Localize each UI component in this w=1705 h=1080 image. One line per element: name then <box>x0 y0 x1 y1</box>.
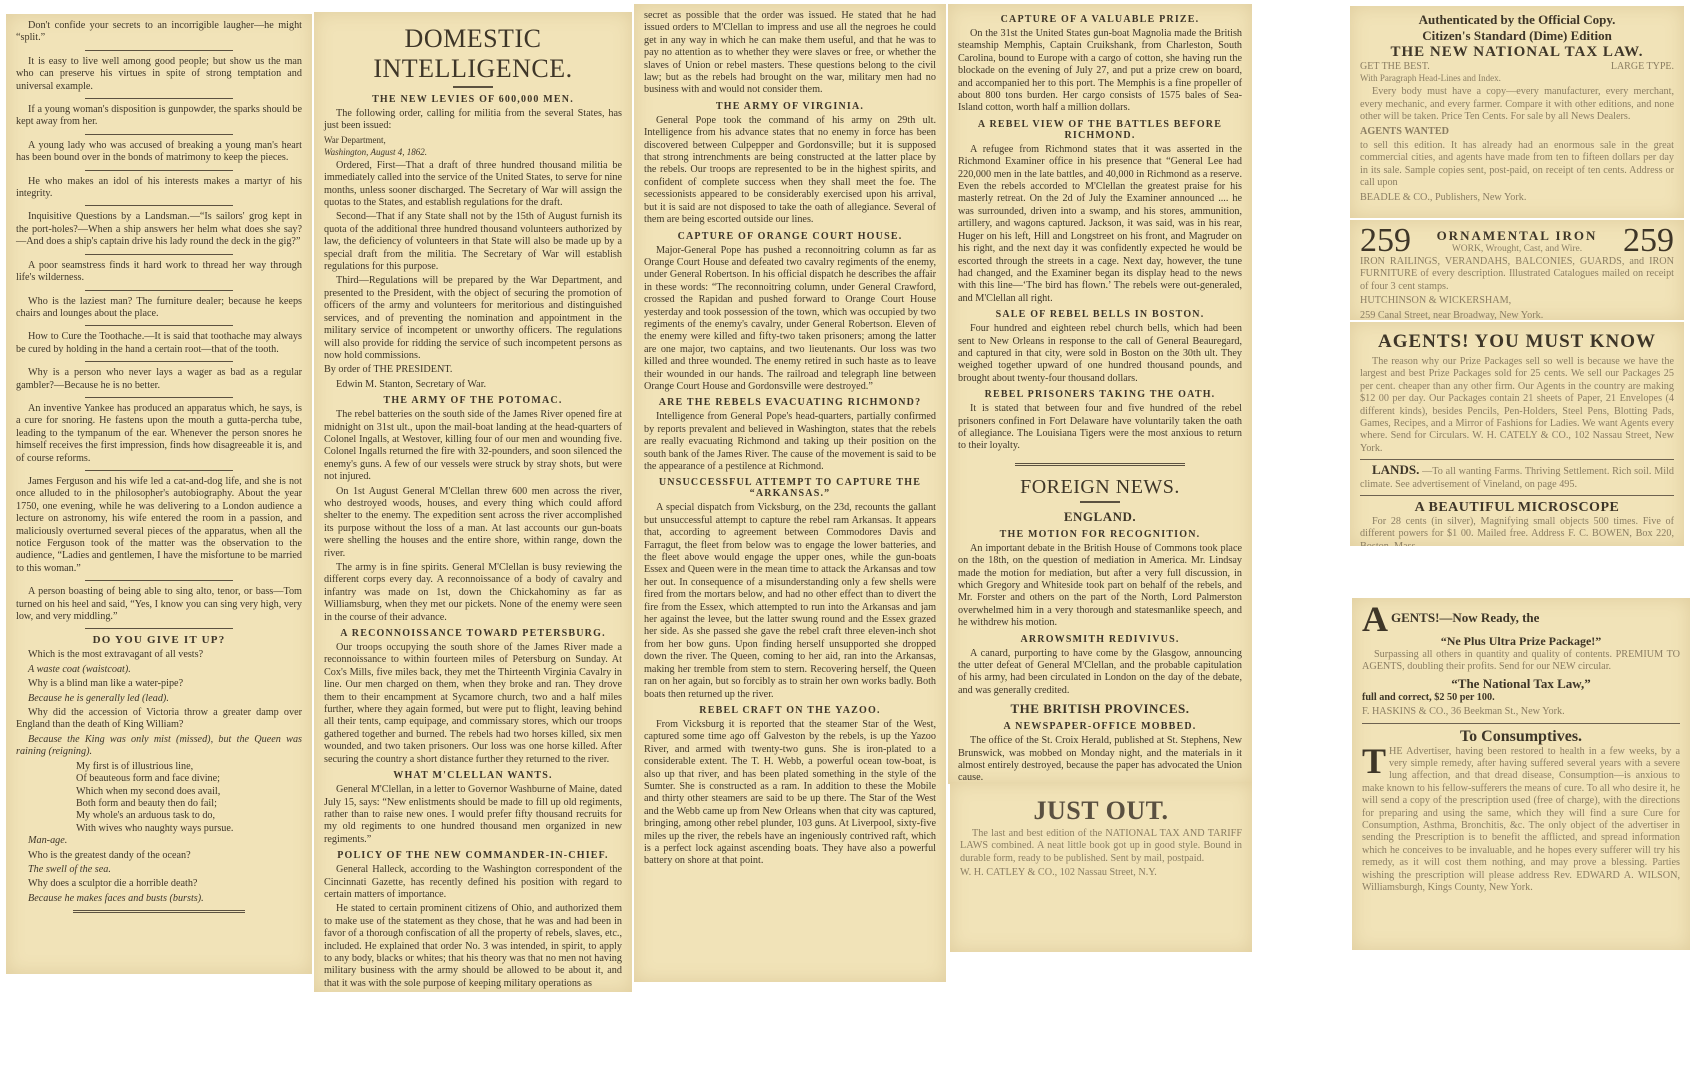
miscellany-item: How to Cure the Toothache.—It is said th… <box>16 331 302 356</box>
ad-text: The last and best edition of the NATIONA… <box>960 828 1242 865</box>
miscellany-item: Who is the laziest man? The furniture de… <box>16 296 302 321</box>
advertisement-agents-must-know: AGENTS! YOU MUST KNOW The reason why our… <box>1350 322 1684 546</box>
ad-title-just-out: JUST OUT. <box>960 796 1242 826</box>
divider <box>85 254 234 255</box>
article-text: Ordered, First—That a draft of three hun… <box>324 160 622 210</box>
section-title-foreign: FOREIGN NEWS. <box>958 476 1242 499</box>
miscellany-item: Inquisitive Questions by a Landsman.—“Is… <box>16 211 302 248</box>
signature: By order of THE PRESIDENT. <box>324 364 622 376</box>
riddle-question: Which is the most extravagant of all ves… <box>16 649 302 661</box>
section-title-domestic: DOMESTIC INTELLIGENCE. <box>324 24 622 84</box>
article-text: Our troops occupying the south shore of … <box>324 642 622 766</box>
verse-line: Of beauteous form and face divine; <box>76 773 302 785</box>
verse-line: Both form and beauty then do fail; <box>76 798 302 810</box>
charade-answer: Man-age. <box>16 835 302 847</box>
dateline: Washington, August 4, 1862. <box>324 147 622 158</box>
ad-price: full and correct, $2 50 per 100. <box>1362 692 1680 704</box>
heading-rebel-view: A REBEL VIEW OF THE BATTLES BEFORE RICHM… <box>958 119 1242 141</box>
ad-title-agents-ready: GENTS!—Now Ready, the <box>1362 604 1680 626</box>
ad-address: 259 Canal Street, near Broadway, New Yor… <box>1360 310 1674 320</box>
riddle-answer: The swell of the sea. <box>16 864 302 876</box>
ad-number-right: 259 <box>1623 226 1674 256</box>
miscellany-item: A young lady who was accused of breaking… <box>16 140 302 165</box>
ad-text: IRON RAILINGS, VERANDAHS, BALCONIES, GUA… <box>1360 256 1674 293</box>
heading-newspaper-mobbed: A NEWSPAPER-OFFICE MOBBED. <box>958 721 1242 732</box>
heading-motion-recognition: THE MOTION FOR RECOGNITION. <box>958 529 1242 540</box>
ad-number-left: 259 <box>1360 226 1411 256</box>
heading-army-potomac: THE ARMY OF THE POTOMAC. <box>324 395 622 406</box>
heading-arrowsmith: ARROWSMITH REDIVIVUS. <box>958 634 1242 645</box>
riddle-answer: Because he is generally led (lead). <box>16 693 302 705</box>
ad-line: Authenticated by the Official Copy. <box>1360 12 1674 28</box>
article-text: On 1st August General M'Clellan threw 60… <box>324 486 622 560</box>
ad-title-iron: ORNAMENTAL IRON <box>1411 228 1623 244</box>
clipping-domestic-intelligence: DOMESTIC INTELLIGENCE. THE NEW LEVIES OF… <box>314 12 632 992</box>
article-text: Four hundred and eighteen rebel church b… <box>958 323 1242 385</box>
riddle-question: Why does a sculptor die a horrible death… <box>16 878 302 890</box>
heading-army-virginia: THE ARMY OF VIRGINIA. <box>644 101 936 112</box>
dropcap: T <box>1362 746 1386 776</box>
dropcap: A <box>1362 604 1388 634</box>
article-text: He stated to certain prominent citizens … <box>324 903 622 990</box>
article-text: Second—That if any State shall not by th… <box>324 211 622 273</box>
article-text: From Vicksburg it is reported that the s… <box>644 719 936 868</box>
clipping-army-news: secret as possible that the order was is… <box>634 4 946 982</box>
ad-title-agents: AGENTS! YOU MUST KNOW <box>1360 331 1674 353</box>
article-text: On the 31st the United States gun-boat M… <box>958 28 1242 115</box>
divider <box>1360 495 1674 496</box>
divider <box>85 580 234 581</box>
ad-text: to sell this edition. It has already had… <box>1360 140 1674 190</box>
riddles-heading: DO YOU GIVE IT UP? <box>16 634 302 646</box>
ad-sub: With Paragraph Head-Lines and Index. <box>1360 72 1674 84</box>
divider <box>85 325 234 326</box>
advertisement-ornamental-iron: 259 ORNAMENTAL IRON WORK, Wrought, Cast,… <box>1350 220 1684 320</box>
ad-text: HE Advertiser, having been restored to h… <box>1362 746 1680 895</box>
ad-text: For 28 cents (in silver), Magnifying sma… <box>1360 516 1674 546</box>
miscellany-item: An inventive Yankee has produced an appa… <box>16 403 302 465</box>
advertisement-tax-law: Authenticated by the Official Copy. Citi… <box>1350 6 1684 218</box>
miscellany-item: If a young woman's disposition is gunpow… <box>16 104 302 129</box>
heading-evacuating-richmond: ARE THE REBELS EVACUATING RICHMOND? <box>644 397 936 408</box>
divider <box>85 134 234 135</box>
ad-text: The reason why our Prize Packages sell s… <box>1360 356 1674 455</box>
article-text: General Halleck, according to the Washin… <box>324 864 622 901</box>
article-text: General Pope took the command of his arm… <box>644 115 936 227</box>
ad-sub: “Ne Plus Ultra Prize Package!” <box>1362 634 1680 649</box>
charade-verse: My first is of illustrious line,Of beaut… <box>16 761 302 835</box>
article-text: It is stated that between four and five … <box>958 403 1242 453</box>
heading-policy: POLICY OF THE NEW COMMANDER-IN-CHIEF. <box>324 850 622 861</box>
ad-quote: “The National Tax Law,” <box>1362 676 1680 692</box>
divider <box>85 628 234 629</box>
miscellany-item: Don't confide your secrets to an incorri… <box>16 20 302 45</box>
heading-yazoo: REBEL CRAFT ON THE YAZOO. <box>644 705 936 716</box>
clipping-miscellany: Don't confide your secrets to an incorri… <box>6 14 312 974</box>
ad-tag-best: GET THE BEST. <box>1360 61 1430 72</box>
verse-line: My first is of illustrious line, <box>76 761 302 773</box>
article-text: Major-General Pope has pushed a reconnoi… <box>644 245 936 394</box>
dateline: War Department, <box>324 135 622 145</box>
riddle-question: Why is a blind man like a water-pipe? <box>16 678 302 690</box>
ad-signature: W. H. CATLEY & CO., 102 Nassau Street, N… <box>960 867 1242 879</box>
divider <box>85 397 234 398</box>
divider <box>1360 459 1674 460</box>
miscellany-item: A poor seamstress finds it hard work to … <box>16 260 302 285</box>
divider <box>85 290 234 291</box>
clipping-prize-and-foreign-news: CAPTURE OF A VALUABLE PRIZE. On the 31st… <box>948 4 1252 784</box>
verse-line: Which when my second does avail, <box>76 786 302 798</box>
divider <box>1080 501 1120 503</box>
article-text: A canard, purporting to have come by the… <box>958 648 1242 698</box>
heading-mcclellan-wants: WHAT M'CLELLAN WANTS. <box>324 770 622 781</box>
ad-signature: BEADLE & CO., Publishers, New York. <box>1360 192 1674 204</box>
riddle-answer: Because he makes faces and busts (bursts… <box>16 893 302 905</box>
heading-reconnoissance: A RECONNOISSANCE TOWARD PETERSBURG. <box>324 628 622 639</box>
riddles-list-2: Who is the greatest dandy of the ocean?T… <box>16 850 302 906</box>
article-text: The following order, calling for militia… <box>324 108 622 133</box>
divider <box>453 86 493 88</box>
ad-title-consumptives: To Consumptives. <box>1362 728 1680 746</box>
heading-england: ENGLAND. <box>958 509 1242 525</box>
riddle-question: Why did the accession of Victoria throw … <box>16 707 302 732</box>
divider <box>85 170 234 171</box>
divider <box>1015 463 1185 466</box>
divider <box>85 98 234 99</box>
ad-agents-wanted: AGENTS WANTED <box>1360 126 1674 138</box>
article-text: The office of the St. Croix Herald, publ… <box>958 735 1242 784</box>
riddles-list: Which is the most extravagant of all ves… <box>16 649 302 758</box>
divider <box>73 910 245 913</box>
divider <box>85 470 234 471</box>
article-text: General M'Clellan, in a letter to Govern… <box>324 784 622 846</box>
divider <box>85 50 234 51</box>
article-text: A special dispatch from Vicksburg, on th… <box>644 502 936 701</box>
article-text: The army is in fine spirits. General M'C… <box>324 562 622 624</box>
heading-prisoners-oath: REBEL PRISONERS TAKING THE OATH. <box>958 389 1242 400</box>
ad-tag-large-type: LARGE TYPE. <box>1611 61 1674 72</box>
ad-title-lands: LANDS. <box>1372 462 1419 477</box>
signature: Edwin M. Stanton, Secretary of War. <box>324 379 622 391</box>
ad-line: Citizen's Standard (Dime) Edition <box>1360 28 1674 44</box>
heading-new-levies: THE NEW LEVIES OF 600,000 MEN. <box>324 94 622 105</box>
miscellany-item: Why is a person who never lays a wager a… <box>16 367 302 392</box>
miscellany-item: James Ferguson and his wife led a cat-an… <box>16 476 302 575</box>
riddle-answer: Because the King was only mist (missed),… <box>16 734 302 759</box>
riddle-question: Who is the greatest dandy of the ocean? <box>16 850 302 862</box>
miscellany-items: Don't confide your secrets to an incorri… <box>16 20 302 629</box>
divider <box>85 205 234 206</box>
miscellany-item: A person boasting of being able to sing … <box>16 586 302 623</box>
ad-signature: F. HASKINS & CO., 36 Beekman St., New Yo… <box>1362 706 1680 718</box>
heading-arkansas: UNSUCCESSFUL ATTEMPT TO CAPTURE THE “ARK… <box>644 477 936 499</box>
divider <box>85 361 234 362</box>
article-text: secret as possible that the order was is… <box>644 10 936 97</box>
verse-line: My whole's an arduous task to do, <box>76 810 302 822</box>
ad-firm: HUTCHINSON & WICKERSHAM, <box>1360 295 1674 307</box>
article-text: Third—Regulations will be prepared by th… <box>324 275 622 362</box>
miscellany-item: He who makes an idol of his interests ma… <box>16 176 302 201</box>
miscellany-item: It is easy to live well among good peopl… <box>16 56 302 93</box>
heading-orange-court-house: CAPTURE OF ORANGE COURT HOUSE. <box>644 231 936 242</box>
divider <box>1362 723 1680 724</box>
riddle-answer: A waste coat (waistcoat). <box>16 664 302 676</box>
heading-valuable-prize: CAPTURE OF A VALUABLE PRIZE. <box>958 14 1242 25</box>
verse-line: With wives who naughty ways pursue. <box>76 823 302 835</box>
ad-title-microscope: A BEAUTIFUL MICROSCOPE <box>1360 500 1674 516</box>
heading-rebel-bells: SALE OF REBEL BELLS IN BOSTON. <box>958 309 1242 320</box>
advertisement-just-out: JUST OUT. The last and best edition of t… <box>950 782 1252 952</box>
ad-text: Surpassing all others in quantity and qu… <box>1362 649 1680 674</box>
advertisement-prize-package: A GENTS!—Now Ready, the “Ne Plus Ultra P… <box>1352 598 1690 950</box>
article-text: An important debate in the British House… <box>958 543 1242 630</box>
ad-text: Every body must have a copy—every manufa… <box>1360 86 1674 123</box>
ad-title-tax-law: THE NEW NATIONAL TAX LAW. <box>1360 44 1674 61</box>
heading-british-provinces: THE BRITISH PROVINCES. <box>958 701 1242 717</box>
article-text: A refugee from Richmond states that it w… <box>958 144 1242 305</box>
article-text: The rebel batteries on the south side of… <box>324 409 622 483</box>
article-text: Intelligence from General Pope's head-qu… <box>644 411 936 473</box>
ad-sub: WORK, Wrought, Cast, and Wire. <box>1411 244 1623 254</box>
